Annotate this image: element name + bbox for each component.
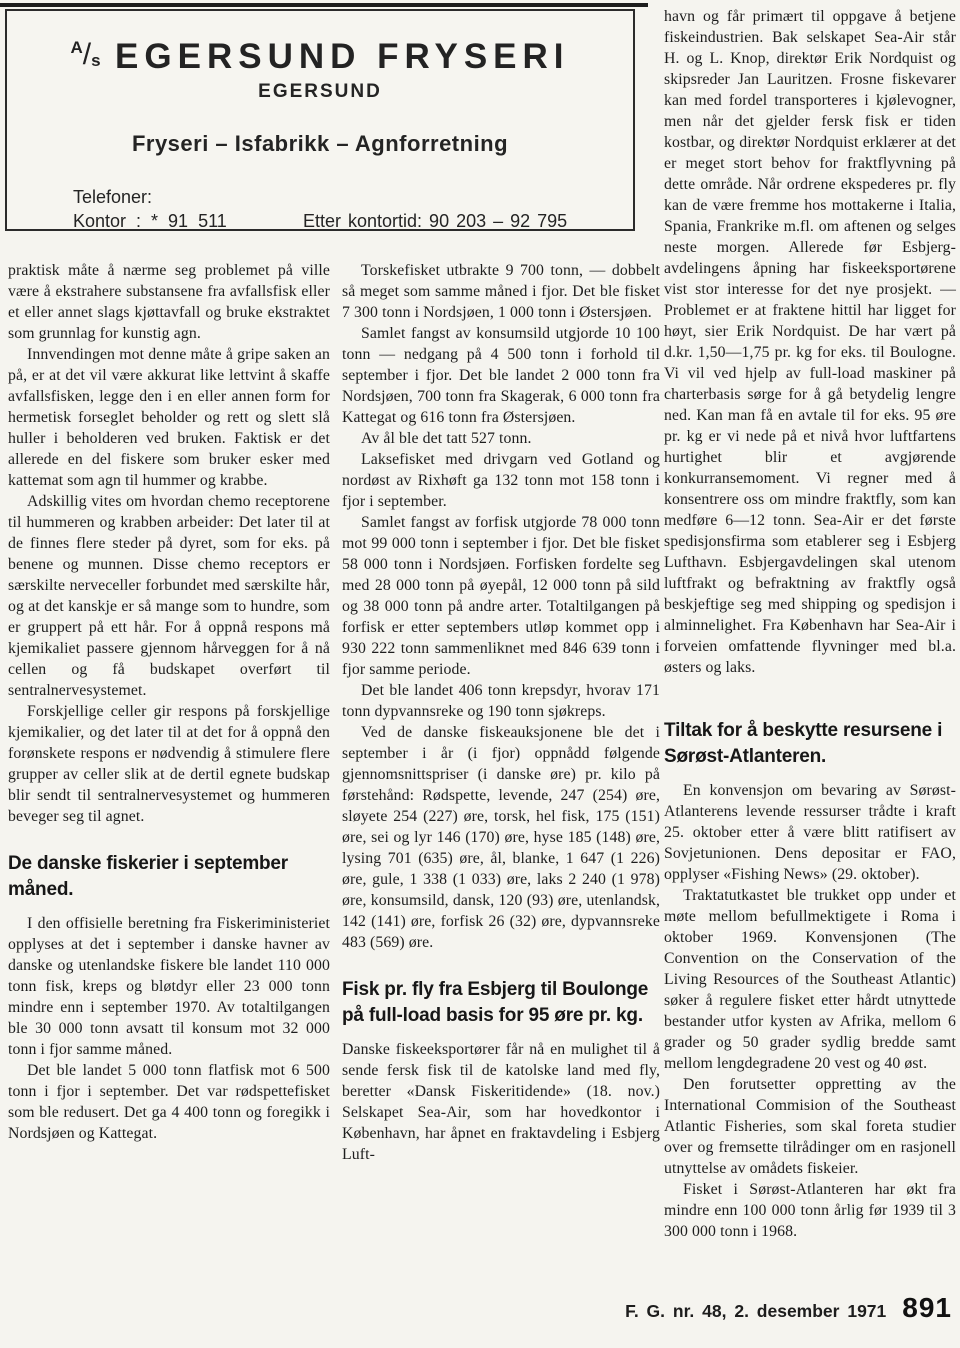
text-column-left: praktisk måte å nærme seg problemet på v… <box>8 260 330 1340</box>
ad-company-prefix: A/s <box>70 55 100 72</box>
paragraph: Ved de danske fiskeauksjonene ble det i … <box>342 722 660 953</box>
text-column-right: havn og får primært til oppgave å betjen… <box>664 6 956 1276</box>
paragraph: Av ål ble det tatt 527 tonn. <box>342 428 660 449</box>
paragraph: Traktatutkastet ble trukket opp under et… <box>664 885 956 1074</box>
paragraph: Det ble landet 406 tonn krepsdyr, hvorav… <box>342 680 660 722</box>
paragraph: Torskefisket utbrakte 9 700 tonn, — dobb… <box>342 260 660 323</box>
ad-afterhours-phone: Etter kontortid: 90 203 – 92 795 <box>303 211 567 232</box>
paragraph: Det ble landet 5 000 tonn flatfisk mot 6… <box>8 1060 330 1144</box>
footer-page-number: 891 <box>902 1292 952 1324</box>
paragraph: Samlet fangst av forfisk utgjorde 78 000… <box>342 512 660 680</box>
ad-phones-block: Telefoner: Kontor : * 91 511 Etter konto… <box>73 187 633 232</box>
advertisement-top-rule <box>0 3 648 7</box>
ad-office-phone: Kontor : * 91 511 <box>73 211 303 232</box>
paragraph: havn og får primært til oppgave å betjen… <box>664 6 956 678</box>
paragraph: Innvendingen mot denne måte å gripe sake… <box>8 344 330 491</box>
section-heading: Fisk pr. fly fra Esbjerg til Boulonge på… <box>342 977 660 1029</box>
paragraph: praktisk måte å nærme seg problemet på v… <box>8 260 330 344</box>
advertisement-egersund-fryseri: A/s EGERSUND FRYSERI EGERSUND Fryseri – … <box>5 9 635 231</box>
section-heading: De danske fiskerier i september måned. <box>8 851 330 903</box>
paragraph: Danske fiskeeksportører får nå en muligh… <box>342 1039 660 1165</box>
paragraph: I den offisielle beretning fra Fiskerimi… <box>8 913 330 1060</box>
paragraph: En konvensjon om bevaring av Sørøst-Atla… <box>664 780 956 885</box>
ad-services-line: Fryseri – Isfabrikk – Agnforretning <box>7 131 633 157</box>
paragraph: Den forutsetter oppretting av the Intern… <box>664 1074 956 1179</box>
ad-company-title: A/s EGERSUND FRYSERI <box>7 37 633 77</box>
magazine-page: A/s EGERSUND FRYSERI EGERSUND Fryseri – … <box>0 0 960 1348</box>
paragraph: Adskillig vites om hvordan chemo recepto… <box>8 491 330 701</box>
paragraph: Forskjellige celler gir respons på forsk… <box>8 701 330 827</box>
text-column-middle: Torskefisket utbrakte 9 700 tonn, — dobb… <box>342 260 660 1340</box>
footer-issue-line: F. G. nr. 48, 2. desember 1971 <box>625 1301 886 1322</box>
paragraph: Samlet fangst av konsumsild utgjorde 10 … <box>342 323 660 428</box>
page-footer: F. G. nr. 48, 2. desember 1971 891 <box>625 1292 952 1324</box>
section-heading: Tiltak for å beskytte resursene i Sørøst… <box>664 718 956 770</box>
ad-phone-row: Kontor : * 91 511 Etter kontortid: 90 20… <box>73 211 633 232</box>
paragraph: Laksefisket med drivgarn ved Gotland og … <box>342 449 660 512</box>
ad-company-name: EGERSUND FRYSERI <box>115 37 569 76</box>
paragraph: Fisket i Sørøst-Atlanteren har økt fra m… <box>664 1179 956 1242</box>
ad-phones-label: Telefoner: <box>73 187 633 208</box>
ad-city: EGERSUND <box>7 81 633 103</box>
